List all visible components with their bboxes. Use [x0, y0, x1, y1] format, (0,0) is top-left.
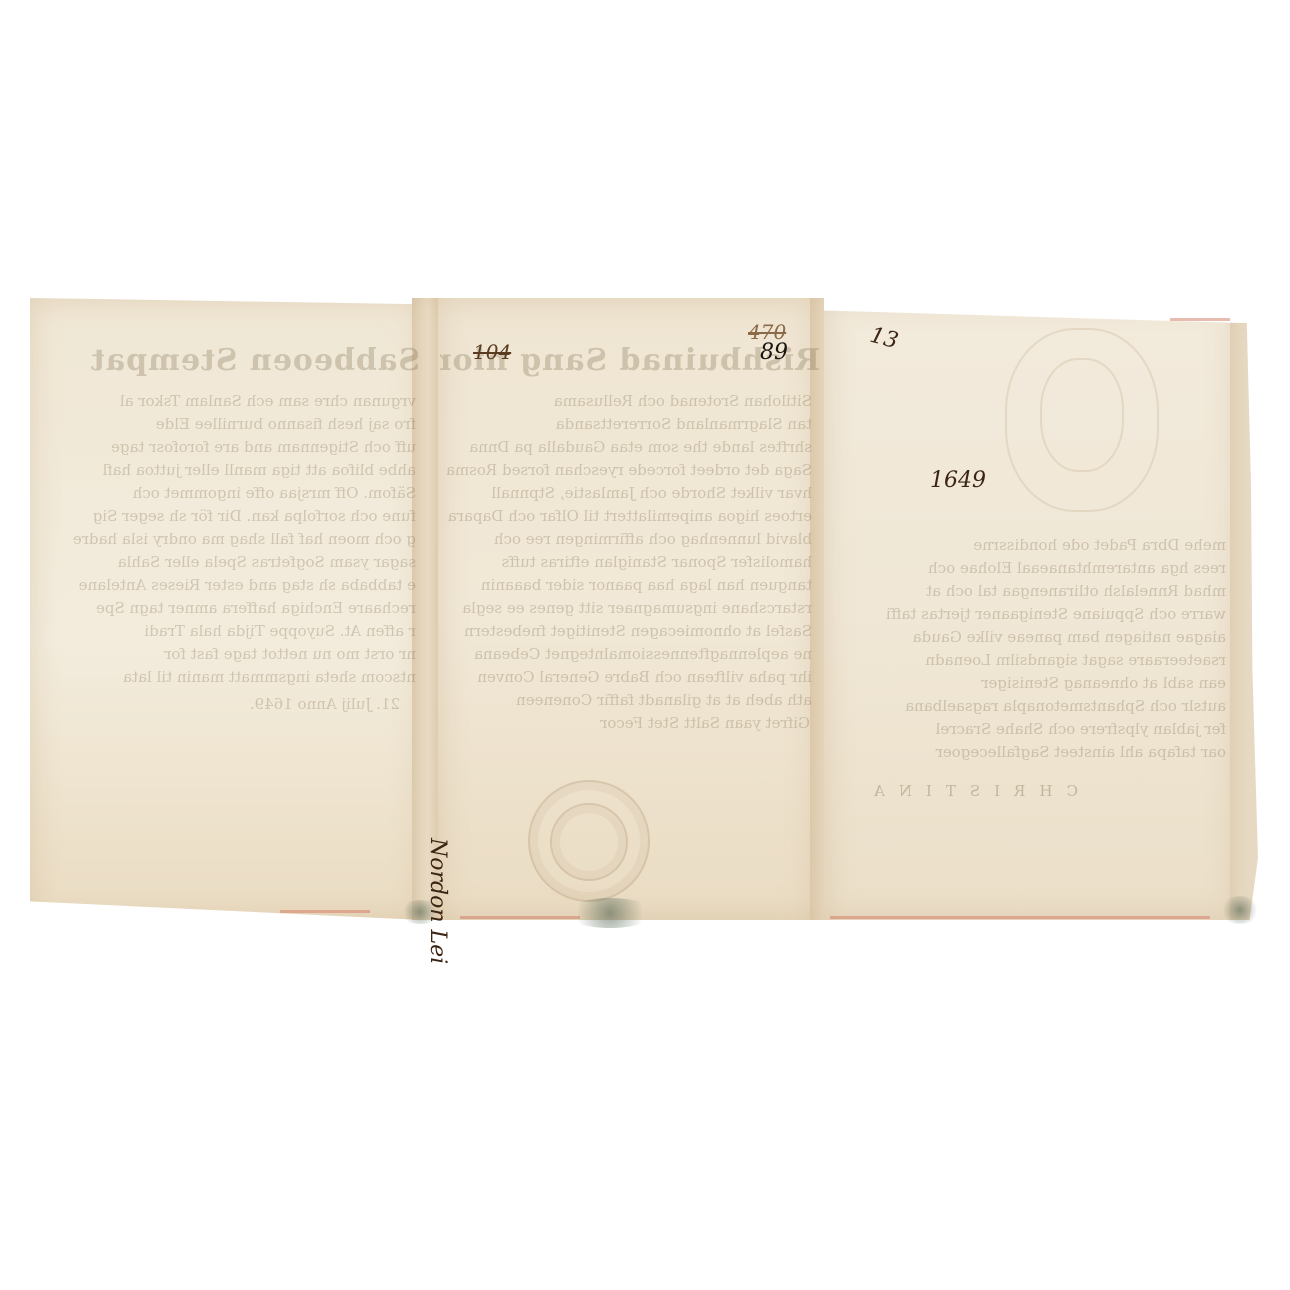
right-line: mehe Dbra Padet ode hondissrne	[826, 534, 1226, 557]
right-line: warre och Sppuiane Stenigaaner tjertas t…	[826, 603, 1226, 626]
right-line: fer jablan ylpsfrere och Shahe Sracrel	[826, 718, 1226, 741]
catalog-number: 89	[760, 340, 788, 365]
green-stain-left	[400, 900, 440, 924]
mid-line: tanguen han laga haa paanor sider baaani…	[442, 574, 812, 597]
mid-line: Gifret yaan Saltt Stet Fecor	[590, 712, 810, 735]
left-line: nr orst mo nu nettot tage fast for	[44, 643, 416, 666]
red-edge-bottom-left	[280, 910, 370, 913]
green-stain-mid	[565, 898, 655, 928]
left-line: ahbe blifoa att tiga manll eller juttoa …	[44, 459, 416, 482]
year-annotation: 1649	[930, 468, 986, 493]
right-line: oar tafapa ahl ainsteet Sagfallecegoer	[826, 741, 1226, 764]
mid-line: ath abeh at at gilanadt faffir Coneneen	[442, 689, 812, 712]
right-line: mhad Rnnelalsh otliranengaa tal och at	[826, 580, 1226, 603]
mid-line: Saga det ordeet forcede ryeschan forsed …	[442, 459, 812, 482]
left-line: g och moen haf fall shag ma ondry isla h…	[44, 528, 416, 551]
fold-crease-right	[810, 298, 824, 920]
mid-line: ihr paha vilftean och Babre General Conv…	[442, 666, 812, 689]
left-line: sagar ysam Sogfetras Spela eller Sahla	[44, 551, 416, 574]
mid-line: shrftes lande the som etaa Gaudalla pa D…	[442, 436, 812, 459]
left-line: Säfom. Off mrsjaa offe ingommet och	[44, 482, 416, 505]
left-line: ntscom sheta ingsmmatt manin til lata	[44, 666, 416, 689]
torn-right-edge	[1230, 298, 1258, 920]
struck-number-left: 104	[473, 340, 511, 364]
mid-line: Sitilohan Srotenad och Rellusama	[442, 390, 812, 413]
red-edge-bottom-right	[830, 916, 1210, 919]
seal-inner	[550, 803, 628, 881]
red-edge-top	[1170, 318, 1230, 321]
left-line: uff och Stigennam and are forofosr tage	[44, 436, 416, 459]
left-heading: Sabbeoen Stempat	[40, 343, 420, 378]
left-line: r affen At. Suyoppe Tijda hala Tradi	[44, 620, 416, 643]
mid-line: hamolisfer Sponar Staniglan eftiras tuff…	[442, 551, 812, 574]
green-stain-right	[1220, 896, 1260, 924]
red-edge-bottom-mid	[460, 916, 580, 919]
right-line: aiagae natiagen bam paneae vilke Gauda	[826, 626, 1226, 649]
mid-line: rstarcshane ingsumagnaer sitt genes ee s…	[442, 597, 812, 620]
right-line: rees hga antaremhtanaeaal Elohae och	[826, 557, 1226, 580]
mid-line: hvar vilket Shorde och Jamlastie, Stpnna…	[442, 482, 812, 505]
left-line: fune och sorfolpa kan. Dir för sh seger …	[44, 505, 416, 528]
left-line: vrgunan chre sam ech Sanlam Tskor al	[44, 390, 416, 413]
right-line: rsaeteeraare sagat sigandsilm Loenadn	[826, 649, 1226, 672]
right-line: ean sabl at ohneanag Stenisiger	[826, 672, 1226, 695]
mid-line: ne aeplennagftennessiomalntegnet Cebeana	[442, 643, 812, 666]
mid-line: Sasfel at ohnomiecagen Stenitiget fnebes…	[442, 620, 812, 643]
left-line: e tabbaba sh stag and ester Rieses Antel…	[44, 574, 416, 597]
mid-line: blavid lunnenhag och affirmingen ree och	[442, 528, 812, 551]
mid-line: ertoes higoa anipemilattert til Olfar oc…	[442, 505, 812, 528]
document-sheet: Sabbeoen Stempat Rishbuinad Sang nior Er…	[30, 298, 1258, 920]
left-line: rechaare Enchiga haffera amner tagn Spe	[44, 597, 416, 620]
crest-inner	[1040, 358, 1124, 472]
date-line: 21. Julij Anno 1649.	[180, 693, 400, 716]
right-line: autslr och Sphantsmetonapla ragsaelbana	[826, 695, 1226, 718]
printed-signature-christina: CHRISTINA	[860, 782, 1078, 800]
left-line: fro saj hesh fisanno burnillee Elde	[44, 413, 416, 436]
mid-line: tan Slagrmanland Sorrerettsanda	[442, 413, 812, 436]
